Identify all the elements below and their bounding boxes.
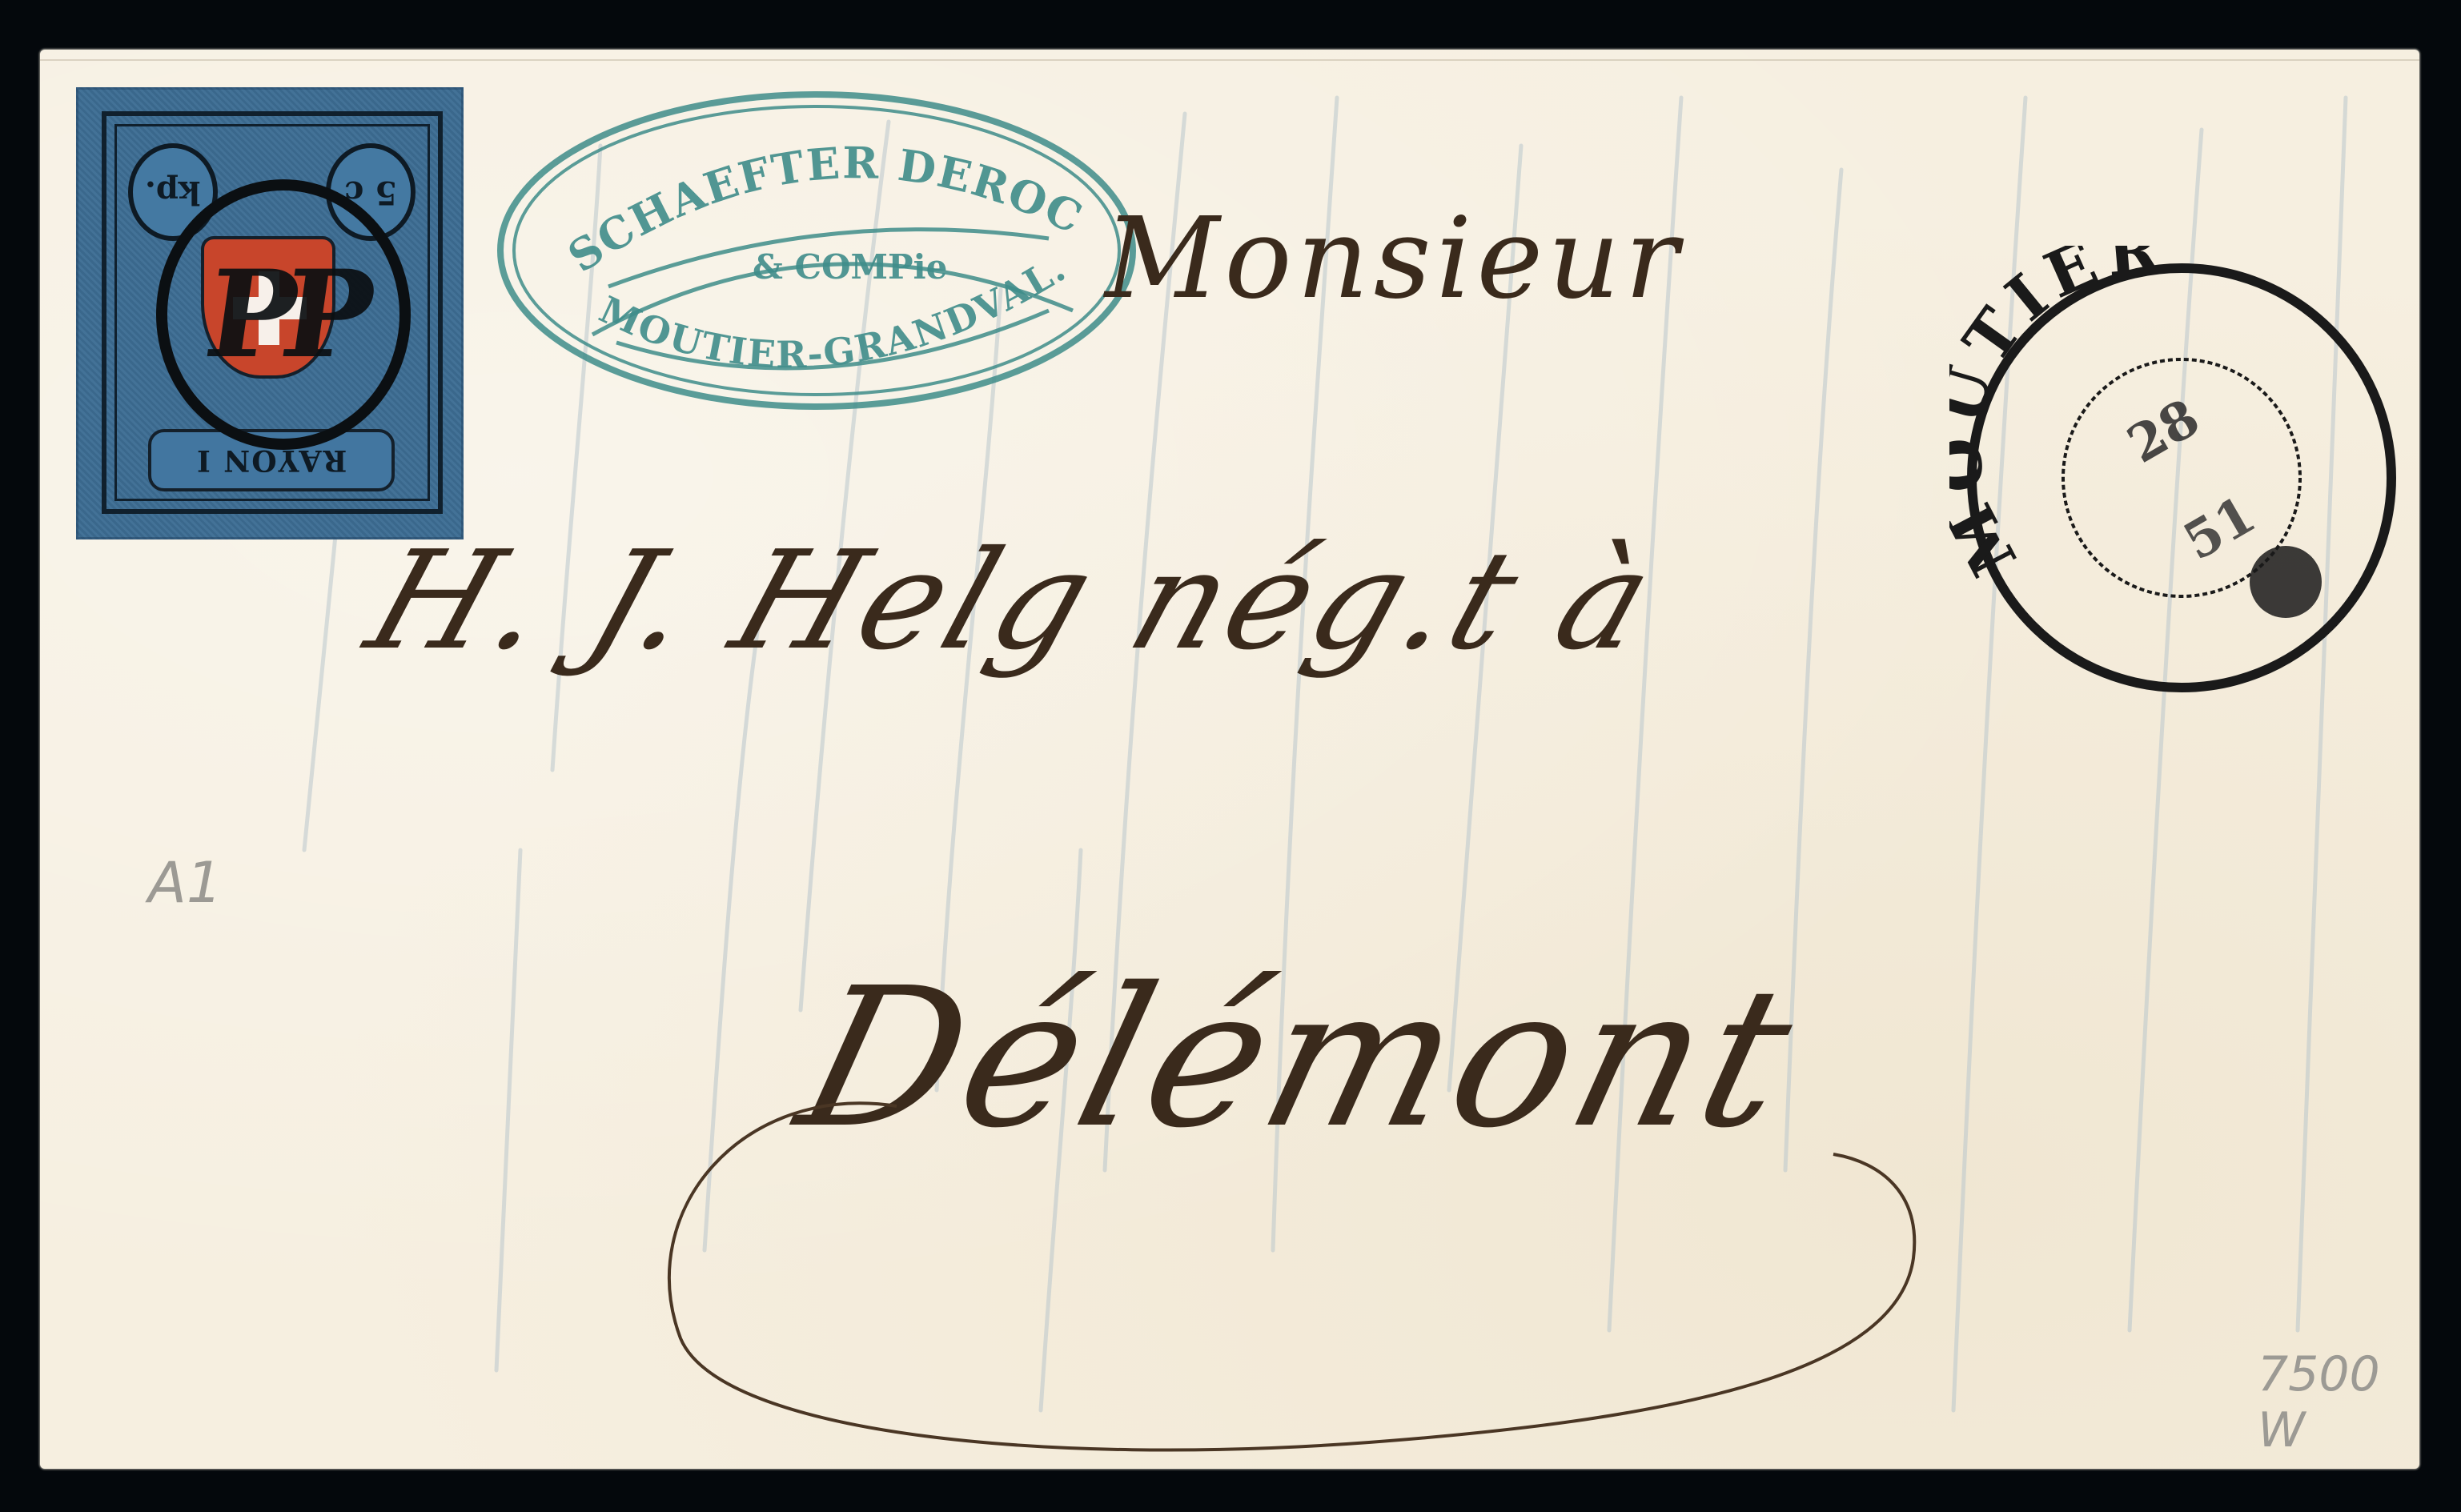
pp-cancellation: PP	[156, 179, 411, 450]
top-fold-edge	[40, 50, 2419, 61]
address-recipient: H. J. Helg nég.t à	[351, 522, 1675, 680]
postmark-year: 51	[2174, 484, 2266, 572]
company-handstamp: SCHAEFTER DEROCHE & COMPie MOUTIER-GRAND…	[488, 70, 1153, 423]
postmark-day: 28	[2118, 387, 2210, 475]
pencil-note-left: A1	[148, 850, 222, 916]
handstamp-middle-text: & COMPie	[753, 247, 947, 287]
address-salutation: Monsieur	[1105, 194, 1683, 324]
ink-blot	[2250, 546, 2322, 618]
pencil-note-bottom-right: 7500 W	[2258, 1346, 2419, 1458]
town-postmark: MOUTIER 28 51	[1949, 246, 2398, 694]
letter-cover: kp. 5 c RAYON I PP	[40, 50, 2419, 1469]
postage-stamp: kp. 5 c RAYON I PP	[76, 87, 464, 539]
city-underline-flourish	[648, 1050, 2090, 1466]
